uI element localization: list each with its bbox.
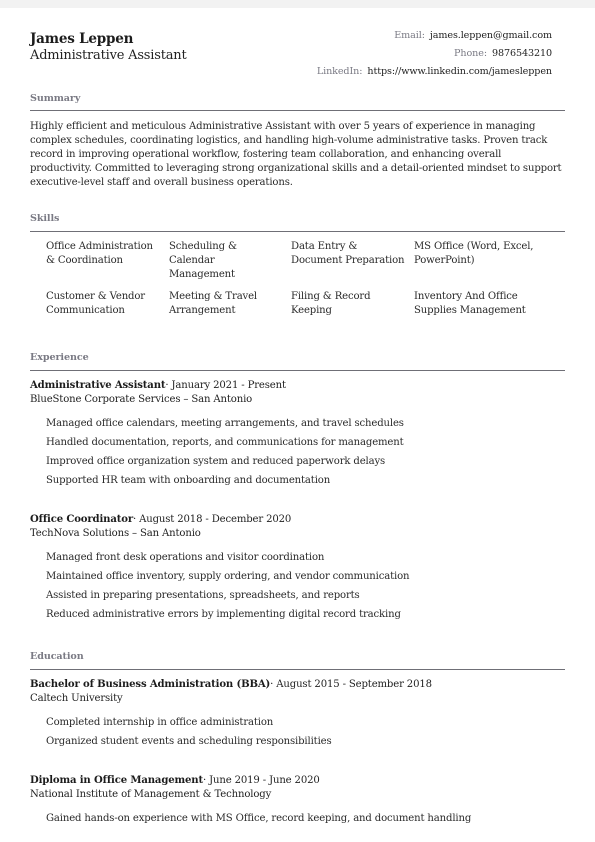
job-dates: · August 2018 - December 2020 [133,514,291,525]
section-divider [30,110,565,111]
degree-dates: · August 2015 - September 2018 [270,679,432,690]
education-entry-header: Diploma in Office Management· June 2019 … [30,774,320,788]
phone-value[interactable]: 9876543210 [492,48,552,59]
bullet-item: Assisted in preparing presentations, spr… [46,589,409,608]
job-company: BlueStone Corporate Services – San Anton… [30,393,252,407]
bullet-item: Maintained office inventory, supply orde… [46,570,409,589]
bullet-item: Managed front desk operations and visito… [46,551,409,570]
section-divider [30,231,565,232]
education-entry-header: Bachelor of Business Administration (BBA… [30,678,432,692]
degree-dates: · June 2019 - June 2020 [203,775,320,786]
skills-grid: Office Administration & Coordination Sch… [46,240,546,282]
job-dates: · January 2021 - Present [165,380,285,391]
education-bullets: Gained hands-on experience with MS Offic… [46,812,471,831]
bullet-item: Managed office calendars, meeting arrang… [46,417,404,436]
email-value[interactable]: james.leppen@gmail.com [430,30,552,41]
section-divider [30,669,565,670]
candidate-name: James Leppen [30,31,133,47]
skill-item: Inventory And Office Supplies Management [414,290,546,318]
institution-name: Caltech University [30,692,123,706]
bullet-item: Handled documentation, reports, and comm… [46,436,404,455]
linkedin-link[interactable]: https://www.linkedin.com/jamesleppen [367,66,552,77]
contact-linkedin: LinkedIn:https://www.linkedin.com/jamesl… [317,66,552,77]
section-title-summary: Summary [30,93,80,104]
skill-item: Data Entry & Document Preparation [291,240,414,282]
linkedin-label: LinkedIn: [317,66,363,77]
education-bullets: Completed internship in office administr… [46,716,332,754]
job-bullets: Managed office calendars, meeting arrang… [46,417,404,493]
job-company: TechNova Solutions – San Antonio [30,527,201,541]
section-title-skills: Skills [30,213,59,224]
section-divider [30,370,565,371]
bullet-item: Reduced administrative errors by impleme… [46,608,409,627]
contact-email: Email:james.leppen@gmail.com [394,30,552,41]
phone-label: Phone: [454,48,487,59]
experience-entry-header: Office Coordinator· August 2018 - Decemb… [30,513,291,527]
section-title-education: Education [30,651,84,662]
bullet-item: Organized student events and scheduling … [46,735,332,754]
bullet-item: Completed internship in office administr… [46,716,332,735]
email-label: Email: [394,30,425,41]
skill-item: Scheduling & Calendar Management [169,240,291,282]
skill-item: Filing & Record Keeping [291,290,414,318]
contact-phone: Phone:9876543210 [454,48,552,59]
skills-grid-row-2: Customer & Vendor Communication Meeting … [46,290,546,318]
skill-item: Customer & Vendor Communication [46,290,169,318]
job-title: Administrative Assistant [30,380,165,391]
skill-item: Meeting & Travel Arrangement [169,290,291,318]
job-bullets: Managed front desk operations and visito… [46,551,409,627]
experience-entry-header: Administrative Assistant· January 2021 -… [30,379,286,393]
degree-title: Bachelor of Business Administration (BBA… [30,679,270,690]
section-title-experience: Experience [30,352,89,363]
job-title: Office Coordinator [30,514,133,525]
degree-title: Diploma in Office Management [30,775,203,786]
candidate-role: Administrative Assistant [30,48,186,63]
bullet-item: Gained hands-on experience with MS Offic… [46,812,471,831]
institution-name: National Institute of Management & Techn… [30,788,271,802]
bullet-item: Supported HR team with onboarding and do… [46,474,404,493]
bullet-item: Improved office organization system and … [46,455,404,474]
summary-text: Highly efficient and meticulous Administ… [30,120,565,190]
skill-item: Office Administration & Coordination [46,240,169,282]
top-bar [0,0,595,8]
skill-item: MS Office (Word, Excel, PowerPoint) [414,240,546,282]
